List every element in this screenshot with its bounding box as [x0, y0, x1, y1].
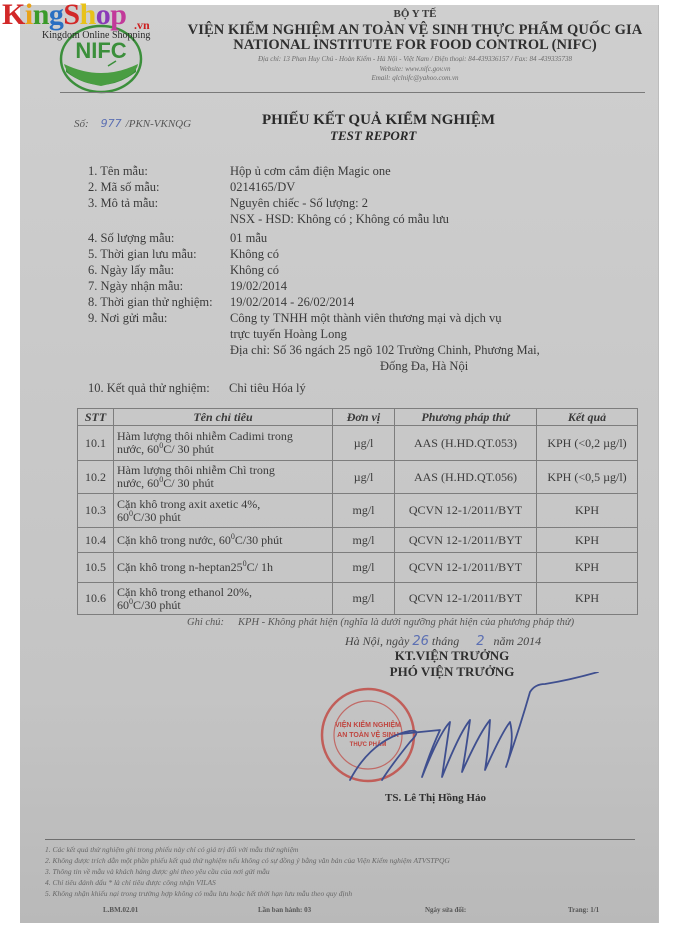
info-label: 5. Thời gian lưu mẫu:: [88, 247, 197, 261]
institute-name-en: NATIONAL INSTITUTE FOR FOOD CONTROL (NIF…: [150, 37, 680, 54]
info-label: 2. Mã số mẫu:: [88, 180, 160, 194]
date-month-handwritten: 2: [476, 634, 484, 649]
row-stt: 10.3: [78, 494, 114, 528]
info-label: 7. Ngày nhận mẫu:: [88, 279, 183, 293]
table-row: 10.6Cặn khô trong ethanol 20%,600C/30 ph…: [78, 583, 638, 615]
report-number-handwritten: 977: [101, 117, 122, 130]
ministry-name: BỘ Y TẾ: [150, 8, 680, 20]
info-value: Hộp ủ cơm cắm điện Magic one: [230, 164, 391, 178]
row-unit: mg/l: [333, 494, 395, 528]
row-test-name: Cặn khô trong ethanol 20%,600C/30 phút: [114, 583, 333, 615]
row-unit: µg/l: [333, 426, 395, 461]
issue-date: Hà Nội, ngày 26 tháng 2 năm 2014: [345, 634, 541, 649]
watermark-letter: S: [63, 0, 79, 30]
row-test-name: Hàm lượng thôi nhiễm Cadimi trongnước, 6…: [114, 426, 333, 461]
footer-note: 5. Không nhận khiếu nại trong trường hợp…: [45, 889, 352, 898]
info-label: 1. Tên mẫu:: [88, 164, 148, 178]
row-method: QCVN 12-1/2011/BYT: [395, 528, 537, 553]
watermark-letter: n: [33, 0, 49, 30]
row-stt: 10.1: [78, 426, 114, 461]
kingshop-watermark: KingShop .vn Kingdom Online Shopping: [2, 0, 126, 30]
row-method: QCVN 12-1/2011/BYT: [395, 583, 537, 615]
report-number-label: Số:: [74, 118, 89, 130]
date-day-handwritten: 26: [412, 634, 429, 649]
date-prefix: Hà Nội, ngày: [345, 634, 409, 648]
signer-name: TS. Lê Thị Hồng Hảo: [385, 792, 486, 804]
svg-text:NIFC: NIFC: [75, 38, 126, 63]
column-header: STT: [78, 409, 114, 426]
row-result: KPH: [537, 553, 638, 583]
table-row: 10.2Hàm lượng thôi nhiễm Chì trongnước, …: [78, 461, 638, 494]
watermark-tagline: Kingdom Online Shopping: [42, 30, 150, 41]
footer-note: 2. Không được trích dẫn một phần phiếu k…: [45, 856, 450, 865]
table-row: 10.4Cặn khô trong nước, 600C/30 phútmg/l…: [78, 528, 638, 553]
footer-note: 4. Chỉ tiêu đánh dấu * là chỉ tiêu được …: [45, 878, 216, 887]
column-header: Kết quả: [537, 409, 638, 426]
column-header: Phương pháp thử: [395, 409, 537, 426]
watermark-brand: KingShop: [2, 0, 126, 30]
table-row: 10.3Cặn khô trong axit axetic 4%,600C/30…: [78, 494, 638, 528]
watermark-letter: h: [80, 0, 96, 30]
signatory-title-1: KT.VIỆN TRƯỞNG: [332, 648, 572, 664]
institute-email: Email: qlclnifc@yahoo.com.vn: [150, 74, 680, 82]
table-note: Ghi chú:KPH - Không phát hiện (nghĩa là …: [187, 617, 574, 628]
info-value: Công ty TNHH một thành viên thương mại v…: [230, 311, 501, 325]
row-result: KPH: [537, 494, 638, 528]
date-year: năm 2014: [494, 634, 542, 648]
info-value: Không có: [230, 263, 279, 277]
report-title-en: TEST REPORT: [330, 128, 416, 144]
row-test-name: Cặn khô trong n-heptan250C/ 1h: [114, 553, 333, 583]
row-stt: 10.4: [78, 528, 114, 553]
info-value: 19/02/2014: [230, 279, 287, 293]
row-test-name: Hàm lượng thôi nhiễm Chì trongnước, 600C…: [114, 461, 333, 494]
row-test-name: Cặn khô trong nước, 600C/30 phút: [114, 528, 333, 553]
signature-icon: [330, 672, 600, 782]
row-result: KPH (<0,2 µg/l): [537, 426, 638, 461]
footer-note: 3. Thông tin về mẫu và khách hàng được g…: [45, 867, 270, 876]
info-value: NSX - HSD: Không có ; Không có mẫu lưu: [230, 212, 449, 226]
table-row: 10.1Hàm lượng thôi nhiễm Cadimi trongnướ…: [78, 426, 638, 461]
row-unit: µg/l: [333, 461, 395, 494]
form-code: L.BM.02.01: [103, 906, 138, 914]
issue-number: Lần ban hành: 03: [258, 906, 311, 914]
footer-note: 1. Các kết quả thử nghiệm ghi trong phiế…: [45, 845, 298, 854]
report-title-vn: PHIẾU KẾT QUẢ KIỂM NGHIỆM: [262, 112, 495, 129]
row-stt: 10.5: [78, 553, 114, 583]
info-value: Địa chỉ: Số 36 ngách 25 ngõ 102 Trường C…: [230, 343, 540, 357]
row-unit: mg/l: [333, 583, 395, 615]
row-stt: 10.2: [78, 461, 114, 494]
watermark-letter: g: [49, 0, 64, 30]
row-unit: mg/l: [333, 528, 395, 553]
info-label: 10. Kết quả thử nghiệm:: [88, 381, 210, 395]
info-value: 19/02/2014 - 26/02/2014: [230, 295, 354, 309]
row-result: KPH: [537, 583, 638, 615]
page-number: Trang: 1/1: [568, 906, 599, 914]
info-value: 01 mẫu: [230, 231, 267, 245]
watermark-letter: o: [96, 0, 111, 30]
info-value: 0214165/DV: [230, 180, 295, 194]
info-value: Không có: [230, 247, 279, 261]
info-label: 6. Ngày lấy mẫu:: [88, 263, 174, 277]
table-row: 10.5Cặn khô trong n-heptan250C/ 1hmg/lQC…: [78, 553, 638, 583]
footer-divider: [45, 839, 635, 840]
row-method: QCVN 12-1/2011/BYT: [395, 494, 537, 528]
note-text: KPH - Không phát hiện (nghĩa là dưới ngư…: [238, 617, 574, 628]
info-value: trực tuyến Hoàng Long: [230, 327, 347, 341]
info-value: Đống Đa, Hà Nội: [380, 359, 468, 373]
table-header-row: STT Tên chỉ tiêu Đơn vị Phương pháp thử …: [78, 409, 638, 426]
results-table: STT Tên chỉ tiêu Đơn vị Phương pháp thử …: [77, 408, 638, 615]
column-header: Tên chỉ tiêu: [114, 409, 333, 426]
watermark-letter: K: [2, 0, 25, 30]
header-divider: [60, 92, 645, 93]
info-label: 4. Số lượng mẫu:: [88, 231, 174, 245]
date-month-label: tháng: [432, 634, 459, 648]
watermark-letter: p: [110, 0, 126, 30]
info-label: 9. Nơi gửi mẫu:: [88, 311, 167, 325]
row-method: AAS (H.HD.QT.053): [395, 426, 537, 461]
institute-address: Địa chỉ: 13 Phan Huy Chú - Hoàn Kiếm - H…: [150, 55, 680, 63]
revision-date: Ngày sửa đổi:: [425, 906, 466, 914]
note-label: Ghi chú:: [187, 617, 224, 628]
report-number: Số:977/PKN-VKNQG: [74, 117, 191, 130]
row-method: AAS (H.HD.QT.056): [395, 461, 537, 494]
row-test-name: Cặn khô trong axit axetic 4%,600C/30 phú…: [114, 494, 333, 528]
info-value: Nguyên chiếc - Số lượng: 2: [230, 196, 368, 210]
info-value: Chỉ tiêu Hóa lý: [229, 381, 306, 395]
row-method: QCVN 12-1/2011/BYT: [395, 553, 537, 583]
info-label: 8. Thời gian thử nghiệm:: [88, 295, 213, 309]
column-header: Đơn vị: [333, 409, 395, 426]
report-number-suffix: /PKN-VKNQG: [126, 118, 191, 130]
row-unit: mg/l: [333, 553, 395, 583]
watermark-letter: i: [25, 0, 33, 30]
row-stt: 10.6: [78, 583, 114, 615]
row-result: KPH: [537, 528, 638, 553]
info-label: 3. Mô tả mẫu:: [88, 196, 158, 210]
row-result: KPH (<0,5 µg/l): [537, 461, 638, 494]
institute-website: Website: www.nifc.gov.vn: [150, 65, 680, 73]
